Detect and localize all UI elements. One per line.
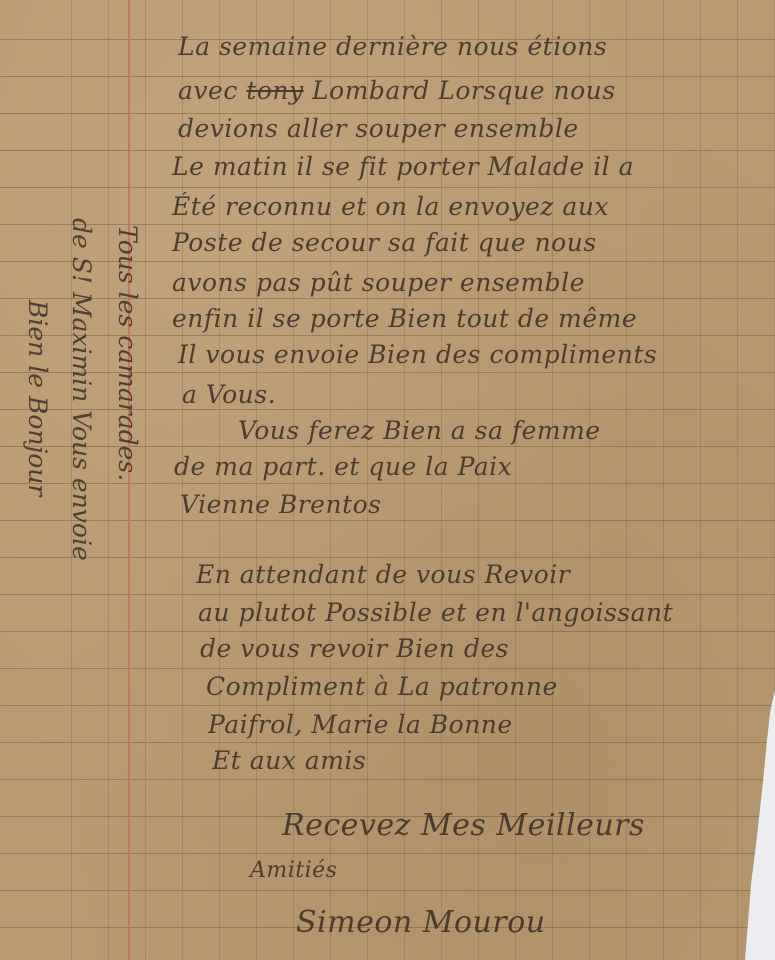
body-line: de vous revoir Bien des	[200, 634, 509, 663]
struck-word: tony	[246, 76, 303, 105]
body-line: avec tony Lombard Lorsque nous	[178, 76, 616, 105]
body-line: devions aller souper ensemble	[178, 114, 579, 143]
margin-note-line-1: Tous les camarades.	[113, 225, 142, 481]
body-line: avons pas pût souper ensemble	[172, 268, 585, 297]
torn-paper-edge	[715, 690, 775, 960]
signature: Simeon Mourou	[296, 905, 546, 940]
body-line: enfin il se porte Bien tout de même	[172, 304, 637, 333]
body-line-start: avec	[178, 76, 246, 105]
letter-page: Tous les camarades. de S! Maximin Vous e…	[0, 0, 775, 960]
body-line: La semaine dernière nous étions	[178, 32, 607, 61]
closing-line-1: Recevez Mes Meilleurs	[282, 808, 645, 843]
closing-line-2: Amitiés	[250, 858, 337, 883]
body-line: a Vous.	[182, 380, 276, 409]
body-line-end: Lombard Lorsque nous	[304, 76, 616, 105]
margin-note-line-3: Bien le Bonjour	[23, 300, 52, 496]
body-line: Et aux amis	[212, 746, 366, 775]
body-line: Le matin il se fit porter Malade il a	[172, 152, 634, 181]
body-line: Poste de secour sa fait que nous	[172, 228, 597, 257]
body-line: Compliment à La patronne	[206, 672, 558, 701]
body-line: En attendant de vous Revoir	[196, 560, 570, 589]
body-line: Vous ferez Bien a sa femme	[238, 416, 601, 445]
body-line: Été reconnu et on la envoyez aux	[172, 192, 609, 221]
body-line: au plutot Possible et en l'angoissant	[198, 598, 673, 627]
body-line: Il vous envoie Bien des compliments	[178, 340, 657, 369]
body-line: de ma part. et que la Paix	[174, 452, 512, 481]
margin-note-line-2: de S! Maximin Vous envoie	[67, 218, 96, 561]
body-line: Paifrol, Marie la Bonne	[208, 710, 513, 739]
body-line: Vienne Brentos	[180, 490, 382, 519]
